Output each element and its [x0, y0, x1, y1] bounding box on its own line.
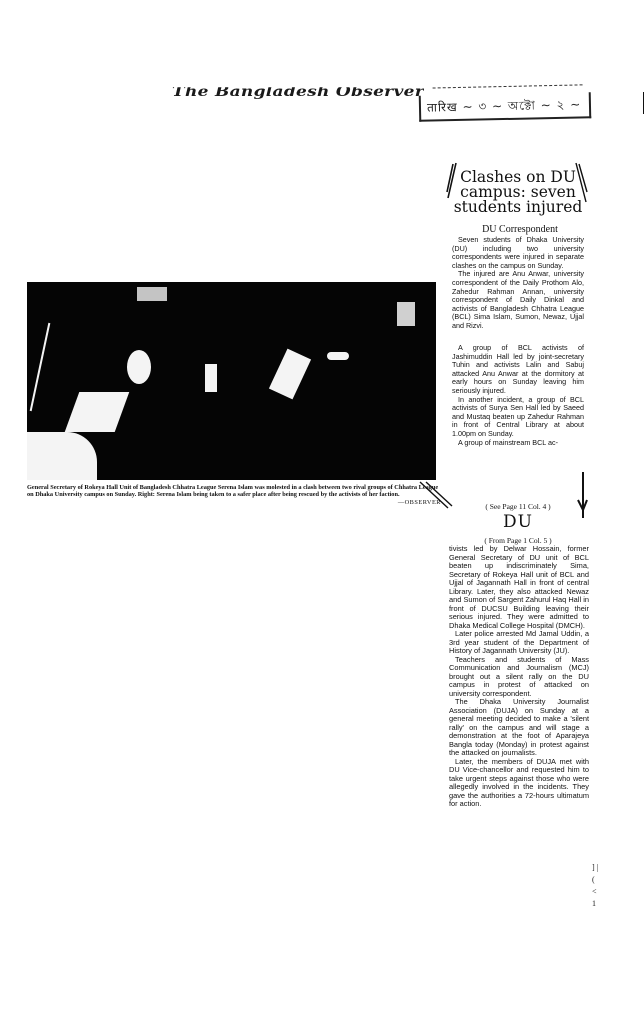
article-paragraph: Teachers and students of Mass Communicat… — [449, 656, 589, 699]
photo-highlight — [127, 350, 151, 384]
continuation-note: ( See Page 11 Col. 4 ) — [452, 502, 584, 511]
article-paragraph: tivists led by Delwar Hossain, former Ge… — [449, 545, 589, 630]
article-column-jump: tivists led by Delwar Hossain, former Ge… — [449, 545, 589, 809]
article-paragraph: The Dhaka University Journalist Associat… — [449, 698, 589, 758]
pen-mark-icon — [418, 480, 454, 512]
photo-highlight — [327, 352, 349, 360]
photo-highlight — [205, 364, 217, 392]
photo-highlight — [269, 349, 311, 400]
article-paragraph: Seven students of Dhaka University (DU) … — [452, 236, 584, 270]
jump-headline: DU — [452, 512, 584, 532]
photo-highlight — [137, 287, 167, 301]
photo-highlight — [65, 392, 130, 432]
photo-highlight — [27, 432, 97, 480]
photo-highlight — [397, 302, 415, 326]
article-paragraph: A group of mainstream BCL ac- — [452, 439, 584, 448]
publication-masthead: The Bangladesh Observer — [172, 84, 424, 100]
article-paragraph: Later police arrested Md Jamal Uddin, a … — [449, 630, 589, 656]
article-paragraph: Later, the members of DUJA met with DU V… — [449, 758, 589, 809]
date-stamp-text: तारिख ~ ৩ ~ অক্টো ~ ২ ~ — [427, 95, 582, 119]
article-column-front: Seven students of Dhaka University (DU) … — [452, 236, 584, 331]
article-byline: DU Correspondent — [452, 224, 588, 235]
photo-caption-text: General Secretary of Rokeya Hall Unit of… — [27, 484, 438, 498]
article-column-front-continued: A group of BCL activists of Jashimuddin … — [452, 344, 584, 447]
photo-caption: General Secretary of Rokeya Hall Unit of… — [27, 484, 441, 508]
article-headline: Clashes on DU campus: seven students inj… — [452, 170, 584, 215]
date-stamp: तारिख ~ ৩ ~ অক্টো ~ ২ ~ — [419, 92, 592, 122]
article-paragraph: The injured are Anu Anwar, university co… — [452, 270, 584, 330]
article-paragraph: In another incident, a group of BCL acti… — [452, 396, 584, 439]
article-paragraph: A group of BCL activists of Jashimuddin … — [452, 344, 584, 396]
stamp-dotted-line — [433, 84, 583, 88]
photo-highlight — [30, 323, 51, 411]
news-photo — [27, 282, 436, 480]
margin-marks: ] | ( < 1 — [592, 862, 600, 910]
